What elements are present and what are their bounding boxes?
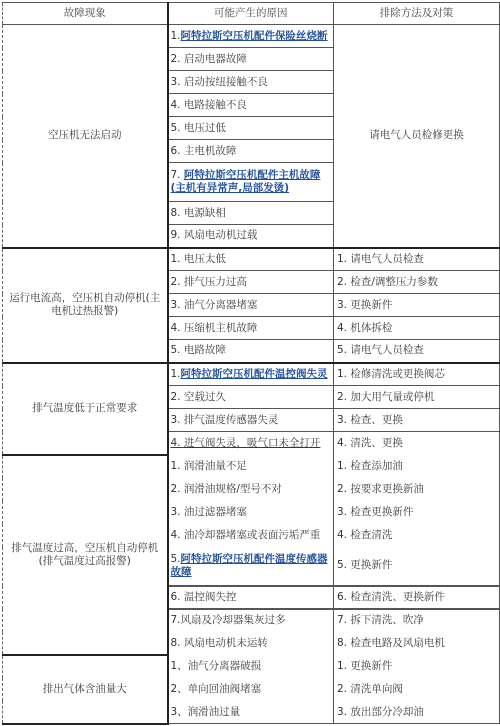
header-symptom: 故障现象 <box>3 3 168 25</box>
cause-cell: 2. 空载过久 <box>168 386 334 409</box>
table-row: 空压机无法启动 1.阿特拉斯空压机配件保险丝烧断 请电气人员检修更换 <box>3 25 500 48</box>
cause-cell: 1.阿特拉斯空压机配件温控阀失灵 <box>168 363 334 386</box>
cause-cell: 8. 电源缺相 <box>168 202 334 225</box>
cause-cell: 4. 进气阀失灵，吸气口未全打开 <box>168 432 334 455</box>
cause-cell: 5. 电压过低 <box>168 117 334 140</box>
cause-cell: 7.风扇及冷却器集灰过多 <box>168 609 334 632</box>
cause-cell: 3. 排气温度传感器失灵 <box>168 409 334 432</box>
cause-cell: 3、润滑油过量 <box>168 701 334 724</box>
fix-cell: 2. 清洗单向阀 <box>334 678 500 701</box>
fix-cell: 7. 拆下清洗、吹净 <box>334 609 500 632</box>
fix-cell: 3. 更换新件 <box>334 294 500 317</box>
cause-link[interactable]: 阿特拉斯空压机配件温度传感器故障 <box>171 553 328 578</box>
cause-cell: 9. 风扇电动机过载 <box>168 225 334 248</box>
cause-cell: 1. 电压太低 <box>168 248 334 271</box>
cause-cell: 1. 润滑油量不足 <box>168 455 334 478</box>
cause-cell: 4. 压缩机主机故障 <box>168 317 334 340</box>
header-fix: 排除方法及对策 <box>334 3 500 25</box>
symptom-cell: 空压机无法启动 <box>3 25 168 248</box>
cause-cell: 3. 启动按纽接触不良 <box>168 71 334 94</box>
fault-troubleshooting-table-container: 故障现象 可能产生的原因 排除方法及对策 空压机无法启动 1.阿特拉斯空压机配件… <box>2 2 499 725</box>
fix-cell: 1. 请电气人员检查 <box>334 248 500 271</box>
cause-cell: 7. 阿特拉斯空压机配件主机故障(主机有异常声,局部发烫) <box>168 163 334 202</box>
fault-troubleshooting-table: 故障现象 可能产生的原因 排除方法及对策 空压机无法启动 1.阿特拉斯空压机配件… <box>2 2 500 725</box>
cause-cell: 4. 油冷却器堵塞或表面污垢严重 <box>168 524 334 547</box>
cause-cell: 2. 润滑油规格/型号不对 <box>168 478 334 501</box>
fix-cell: 1. 检查添加油 <box>334 455 500 478</box>
cause-cell: 3. 油过滤器堵塞 <box>168 501 334 524</box>
fix-cell: 4. 清洗、更换 <box>334 432 500 455</box>
header-row: 故障现象 可能产生的原因 排除方法及对策 <box>3 3 500 25</box>
fix-cell: 4. 检查清洗 <box>334 524 500 547</box>
fix-cell: 2. 按要求更换新油 <box>334 478 500 501</box>
cause-cell: 2、单向回油阀堵塞 <box>168 678 334 701</box>
table-row: 排气温度低于正常要求 1.阿特拉斯空压机配件温控阀失灵 1. 检修清洗或更换阀芯 <box>3 363 500 386</box>
symptom-cell: 排气温度过高，空压机自动停机(排气温度过高报警) <box>3 455 168 655</box>
cause-cell: 6. 主电机故障 <box>168 140 334 163</box>
cause-link[interactable]: 阿特拉斯空压机配件保险丝烧断 <box>181 30 328 42</box>
fix-cell: 6. 检查清洗、更换新件 <box>334 586 500 609</box>
cause-cell: 6. 温控阀失控 <box>168 586 334 609</box>
fix-cell: 3. 检查更换新件 <box>334 501 500 524</box>
fix-cell: 5. 请电气人员检查 <box>334 340 500 363</box>
cause-cell: 3. 油气分离器堵塞 <box>168 294 334 317</box>
fix-cell: 8. 检查电路及风扇电机 <box>334 632 500 655</box>
symptom-cell: 排气温度低于正常要求 <box>3 363 168 455</box>
cause-link[interactable]: 阿特拉斯空压机配件温控阀失灵 <box>181 368 328 380</box>
symptom-cell: 运行电流高，空压机自动停机(主电机过热报警) <box>3 248 168 363</box>
fix-cell: 2. 加大用气量或停机 <box>334 386 500 409</box>
fix-cell: 3. 放出部分冷却油 <box>334 701 500 724</box>
header-cause: 可能产生的原因 <box>168 3 334 25</box>
fix-cell: 1. 更换新件 <box>334 655 500 678</box>
cause-cell: 2. 排气压力过高 <box>168 271 334 294</box>
cause-cell: 4. 电路接触不良 <box>168 94 334 117</box>
cause-cell: 2. 启动电器故障 <box>168 48 334 71</box>
fix-cell: 4. 机体拆检 <box>334 317 500 340</box>
cause-cell: 5.阿特拉斯空压机配件温度传感器故障 <box>168 547 334 586</box>
cause-cell: 8. 风扇电动机未运转 <box>168 632 334 655</box>
table-row: 排气温度过高，空压机自动停机(排气温度过高报警) 1. 润滑油量不足 1. 检查… <box>3 455 500 478</box>
table-row: 排出气体含油量大 1、油气分离器破损 1. 更换新件 <box>3 655 500 678</box>
cause-link[interactable]: 阿特拉斯空压机配件主机故障(主机有异常声,局部发烫) <box>171 169 321 194</box>
fix-cell: 1. 检修清洗或更换阀芯 <box>334 363 500 386</box>
cause-cell: 1.阿特拉斯空压机配件保险丝烧断 <box>168 25 334 48</box>
table-row: 运行电流高，空压机自动停机(主电机过热报警) 1. 电压太低 1. 请电气人员检… <box>3 248 500 271</box>
fix-cell-merged: 请电气人员检修更换 <box>334 25 500 248</box>
fix-cell: 2. 检查/调整压力参数 <box>334 271 500 294</box>
fix-cell: 3. 检查、更换 <box>334 409 500 432</box>
cause-cell: 5. 电路故障 <box>168 340 334 363</box>
fix-cell: 5. 更换新件 <box>334 547 500 586</box>
symptom-cell: 排出气体含油量大 <box>3 655 168 724</box>
cause-cell: 1、油气分离器破损 <box>168 655 334 678</box>
